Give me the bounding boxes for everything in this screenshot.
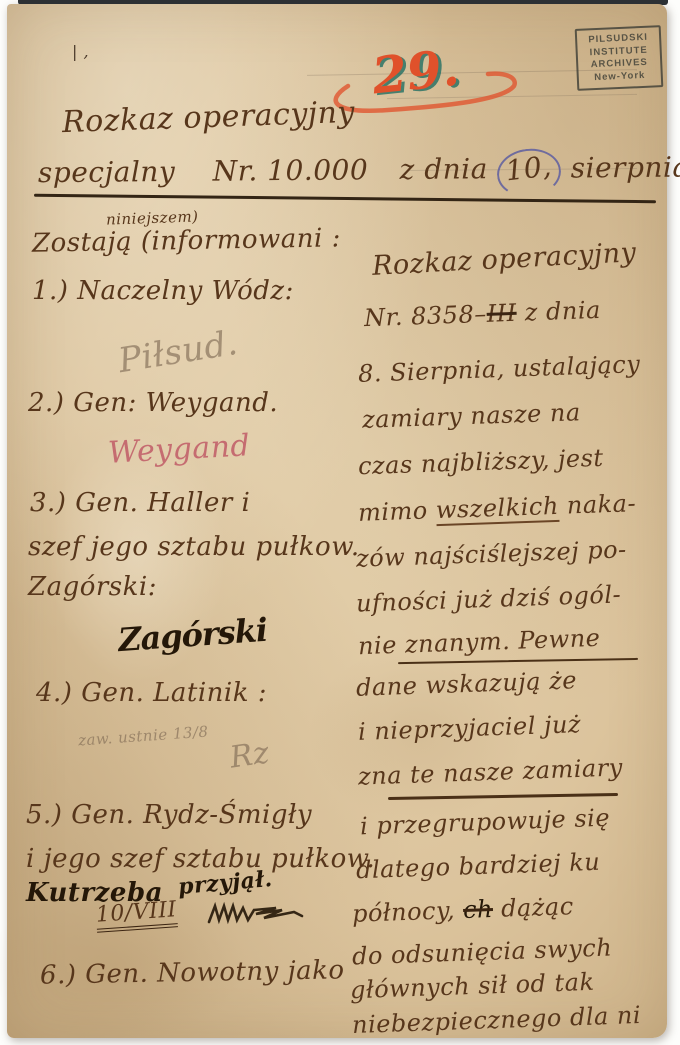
archive-stamp: PILSUDSKI INSTITUTE ARCHIVES New-York [575,25,664,91]
title-word-specjalny: specjalny [38,155,176,189]
rc-line15-pre: północy, [352,896,464,928]
photo-backdrop: | , PILSUDSKI INSTITUTE ARCHIVES New-Yor… [0,0,680,1045]
title-line2: specjalny Nr. 10.000 z dnia 10, sierpnia… [38,147,680,201]
left-heading: Zostają (informowani : [32,223,341,258]
corner-pen-mark: | , [72,42,89,61]
rc-line6-underlined: wszelkich [435,492,559,526]
title-word-zdnia: z dnia [399,152,488,186]
item4-pencil-scrawl: Rz [228,735,272,775]
rc-line2-post: z dnia [516,296,601,327]
item6-label: 6.) Gen. Nowotny jako [40,955,345,990]
rc-line2-struck: III [486,299,517,328]
title-day: 10, [504,149,553,187]
item4-label: 4.) Gen. Latinik : [36,678,267,708]
item3-line2: szef jego sztabu pułkow. [28,532,360,562]
kutrzeba-signature-scrawl [205,896,330,930]
item2-label: 2.) Gen: Weygand. [28,388,278,418]
item1-label: 1.) Naczelny Wódz: [32,276,294,306]
item5-line1: 5.) Gen. Rydz-Śmigły [26,800,312,830]
rc-line6-pre: mimo [358,496,437,527]
item3-line1: 3.) Gen. Haller i [30,488,250,518]
item3-line3: Zagórski: [28,572,157,602]
rc-line6-post: naka- [558,489,636,520]
item5-line2: i jego szef sztabu pułkow. [26,844,375,874]
rc-line15-post: dążąc [492,892,574,923]
title-word-number: Nr. 10.000 [212,153,368,187]
weygand-red-signature: Weygand [107,428,251,470]
rc-line15-struck: ch [463,895,494,924]
title-word-month: sierpnia [571,150,680,184]
item5-date: 10/VIII [95,897,178,933]
rc-line2-pre: Nr. 8358– [364,300,488,332]
blue-circle-annotation: 10, [495,145,564,200]
